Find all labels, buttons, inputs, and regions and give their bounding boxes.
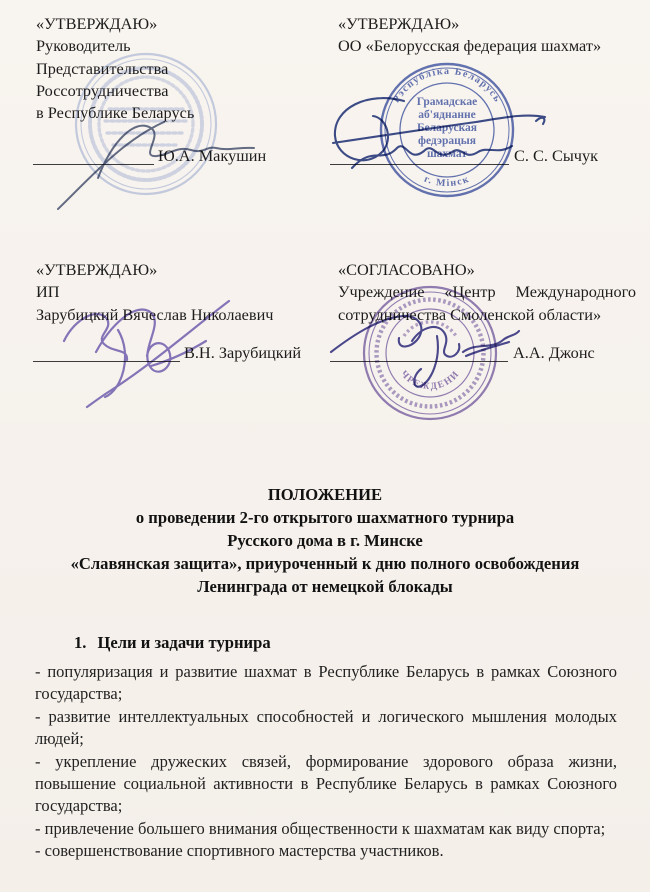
approval-block-federation: «УТВЕРЖДАЮ» ОО «Белорусская федерация ша… <box>338 13 642 58</box>
document-title: ПОЛОЖЕНИЕ о проведении 2-го открытого ша… <box>35 483 615 598</box>
goal-item: - популяризация и развитие шахмат в Респ… <box>35 661 617 706</box>
section-number: 1. <box>74 633 86 653</box>
chess-federation-stamp: Рэспубліка Беларусь г. Мінск Грамадскае … <box>371 55 523 207</box>
stamp-center-line: Беларуская <box>417 122 477 134</box>
approval-line: Зарубицкий Вячеслав Николаевич <box>36 304 326 326</box>
svg-text:г. Мінск: г. Мінск <box>423 174 472 190</box>
uchrezhdenie-stamp: УЧРЕЖДЕНИЕ <box>355 278 505 428</box>
signature-line <box>33 361 180 362</box>
section-body: - популяризация и развитие шахмат в Респ… <box>35 661 617 863</box>
signer-name-sychuk: С. С. Сычук <box>514 146 598 166</box>
section-heading: 1. Цели и задачи турнира <box>74 633 271 653</box>
approval-line: ИП <box>36 281 326 303</box>
stamp-bottom-text: УЧРЕЖДЕНИЕ <box>355 278 462 392</box>
title-line: Ленинграда от немецкой блокады <box>35 575 615 598</box>
approval-label: «УТВЕРЖДАЮ» <box>36 13 256 35</box>
title-line: Русского дома в г. Минске <box>35 529 615 552</box>
goal-item: - совершенствование спортивного мастерст… <box>35 840 617 862</box>
stamp-center-line: шахмат <box>427 148 467 160</box>
goal-item: - развитие интеллектуальных способностей… <box>35 706 617 751</box>
stamp-center-line: федэрацыя <box>418 135 476 147</box>
stamp-center-line: Грамадскае <box>417 96 477 108</box>
approval-label: «УТВЕРЖДАЮ» <box>36 259 326 281</box>
rossotrudnichestvo-stamp <box>67 45 225 203</box>
goal-item: - привлечение большего внимания обществе… <box>35 818 617 840</box>
scanned-document-page: «УТВЕРЖДАЮ» Руководитель Представительст… <box>0 0 650 892</box>
signer-name-zarubitsky: В.Н. Зарубицкий <box>184 343 301 363</box>
signer-name-dzhons: А.А. Джонс <box>513 343 595 363</box>
approval-label: «УТВЕРЖДАЮ» <box>338 13 642 35</box>
section-heading-text: Цели и задачи турнира <box>97 633 270 653</box>
svg-text:УЧРЕЖДЕНИЕ: УЧРЕЖДЕНИЕ <box>355 278 462 392</box>
stamp-center-line: аб'яднанне <box>418 109 475 121</box>
goal-item: - укрепление дружеских связей, формирова… <box>35 751 617 818</box>
title-heading: ПОЛОЖЕНИЕ <box>35 483 615 506</box>
title-line: «Славянская защита», приуроченный к дню … <box>35 552 615 575</box>
stamp-ring-bottom-text: г. Мінск <box>423 174 472 190</box>
approval-block-zarubitsky: «УТВЕРЖДАЮ» ИП Зарубицкий Вячеслав Никол… <box>36 259 326 326</box>
title-line: о проведении 2-го открытого шахматного т… <box>35 506 615 529</box>
